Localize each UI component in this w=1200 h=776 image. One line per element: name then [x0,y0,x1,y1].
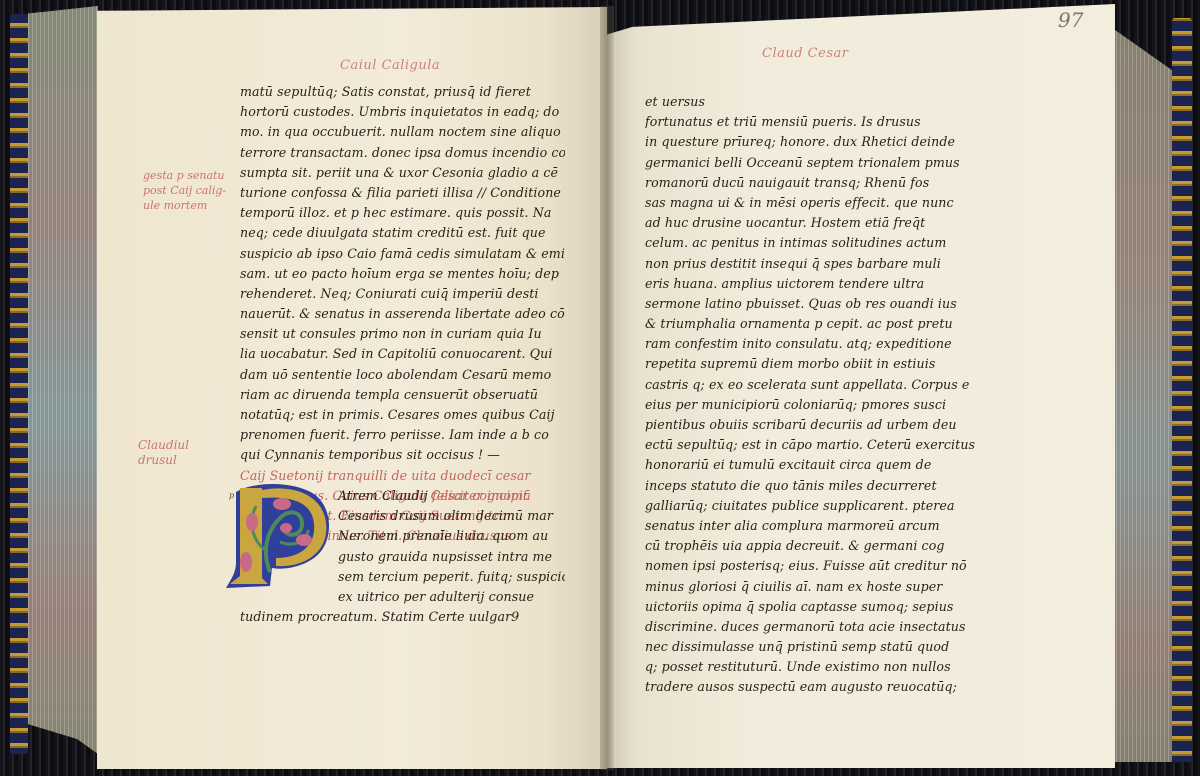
incipit-text: Atrem Claudij [338,488,432,503]
text-line: mo. in qua occubuerit. nullam noctem sin… [240,122,565,142]
text-line: riam ac diruenda templa censuerūt obseru… [240,385,565,405]
text-line: ectū sepultūq; est in cāpo martio. Ceter… [645,435,990,455]
text-line: matū sepultūq; Satis constat, priusq̄ id… [240,82,565,102]
right-running-head: Claud Cesar [762,46,848,61]
text-line: dam uō sententie loco abolendam Cesarū m… [240,365,565,385]
text-line: non prius destitit insequi q̄ spes barba… [645,254,990,274]
text-line: inceps statuto die quo tānis miles decur… [645,476,990,496]
text-line: uictoriis opima q̄ spolia captasse sumoq… [645,597,990,617]
text-line: in questure prīureq; honore. dux Rhetici… [645,132,990,152]
text-line: suspicio ab ipso Caio famā cedis simulat… [240,244,565,264]
text-line: ex uitrico per adulterij consue [240,587,565,607]
text-line: romanorū ducū nauigauit transq; Rhenū fo… [645,173,990,193]
text-line: sam. ut eo pacto hoīum erga se mentes ho… [240,264,565,284]
marginal-line: post Caij calig- [143,183,226,198]
text-line: sermone latino pbuisset. Quas ob res oua… [645,294,990,314]
text-line: et uersus [645,92,990,112]
text-line: sumpta sit. periit una & uxor Cesonia gl… [240,163,565,183]
text-line: ram confestim inito consulatu. atq; expe… [645,334,990,354]
left-text-column: matū sepultūq; Satis constat, priusq̄ id… [240,82,565,546]
left-running-head: Caiul Caligula [340,58,440,73]
initial-text-block: Atrem Claudij feliciter incipit Cesaris … [240,486,565,627]
text-line: nauerūt. & senatus in asserenda libertat… [240,304,565,324]
left-binding-tooled-edge [10,14,28,754]
text-line: qui Cynnanis temporibus sit occisus ! — [240,445,565,465]
text-line: sas magna ui & in mēsi operis effecit. q… [645,193,990,213]
text-line: honorariū ei tumulū excitauit circa quem… [645,455,990,475]
right-text-column: et uersus fortunatus et triū mensiū puer… [645,92,990,698]
text-line: pientibus obuiis scribarū decuriis ad ur… [645,415,990,435]
text-line: q; posset restituturū. Unde existimo non… [645,657,990,677]
book-gutter [600,6,614,770]
text-line: notatūq; est in primis. Cesares omes qui… [240,405,565,425]
text-line: sem tercium peperit. fuitq; suspicio [240,567,565,587]
text-line: galliarūq; ciuitates publice supplicaren… [645,496,990,516]
text-line: germanici belli Occeanū septem trionalem… [645,153,990,173]
marginal-note-claudius: Claudiul drusul [138,438,189,468]
text-line: temporū illoz. et p hec estimare. quis p… [240,203,565,223]
incipit-rubric: feliciter incipit [432,488,528,503]
text-line: repetita supremū diem morbo obiit in est… [645,354,990,374]
text-line: discrimine. duces germanorū tota acie in… [645,617,990,637]
text-line: Neronem prenoīe liuia. quom au [240,526,565,546]
text-line: ad huc drusine uocantur. Hostem etiā fre… [645,213,990,233]
text-line: gusto grauida nupsisset intra me [240,547,565,567]
right-binding-tooled-edge [1172,18,1192,762]
text-line: eris huana. amplius uictorem tendere ult… [645,274,990,294]
text-line: senatus inter alia complura marmoreū arc… [645,516,990,536]
marginal-line: Claudiul [138,438,189,453]
text-line: castris q; ex eo scelerata sunt appellat… [645,375,990,395]
text-line: sensit ut consules primo non in curiam q… [240,324,565,344]
left-page-stack-edge [28,6,98,754]
text-line: minus gloriosi q̄ ciuilis aī. nam ex hos… [645,577,990,597]
marginal-line: drusul [138,453,189,468]
text-line: neq; cede diuulgata statim creditū est. … [240,223,565,243]
text-line: lia uocabatur. Sed in Capitoliū conuocar… [240,344,565,364]
text-line: rehenderet. Neq; Coniurati cuiq̄ imperiū… [240,284,565,304]
text-line: nec dissimulasse unq̄ pristinū semp stat… [645,637,990,657]
text-line: terrore transactam. donec ipsa domus inc… [240,143,565,163]
folio-number: 97 [1058,8,1083,32]
text-line: eius per municipiorū coloniarūq; pmores … [645,395,990,415]
text-line: prenomen fuerit. ferro periisse. Iam ind… [240,425,565,445]
marginal-line: ule mortem [143,198,226,213]
text-line: tudinem procreatum. Statim Certe uulgar9 [240,607,565,627]
marginal-line: gesta p senatu [143,168,226,183]
text-line: turione confossa & filia parieti illisa … [240,183,565,203]
text-line: fortunatus et triū mensiū pueris. Is dru… [645,112,990,132]
text-line: cū trophēis uia appia decreuit. & german… [645,536,990,556]
marginal-note-gesta: gesta p senatu post Caij calig- ule mort… [143,168,226,213]
text-line: Atrem Claudij feliciter incipit [240,486,565,506]
text-line: tradere ausos suspectū eam augusto reuoc… [645,677,990,697]
text-line: Cesaris drusum olim decimū mar [240,506,565,526]
text-line: & triumphalia ornamenta p cepit. ac post… [645,314,990,334]
text-line: celum. ac penitus in intimas solitudines… [645,233,990,253]
text-line: nomen ipsi posterisq; eius. Fuisse aūt c… [645,556,990,576]
text-line: hortorū custodes. Umbris inquietatos in … [240,102,565,122]
right-page-stack-edge [1108,10,1172,762]
